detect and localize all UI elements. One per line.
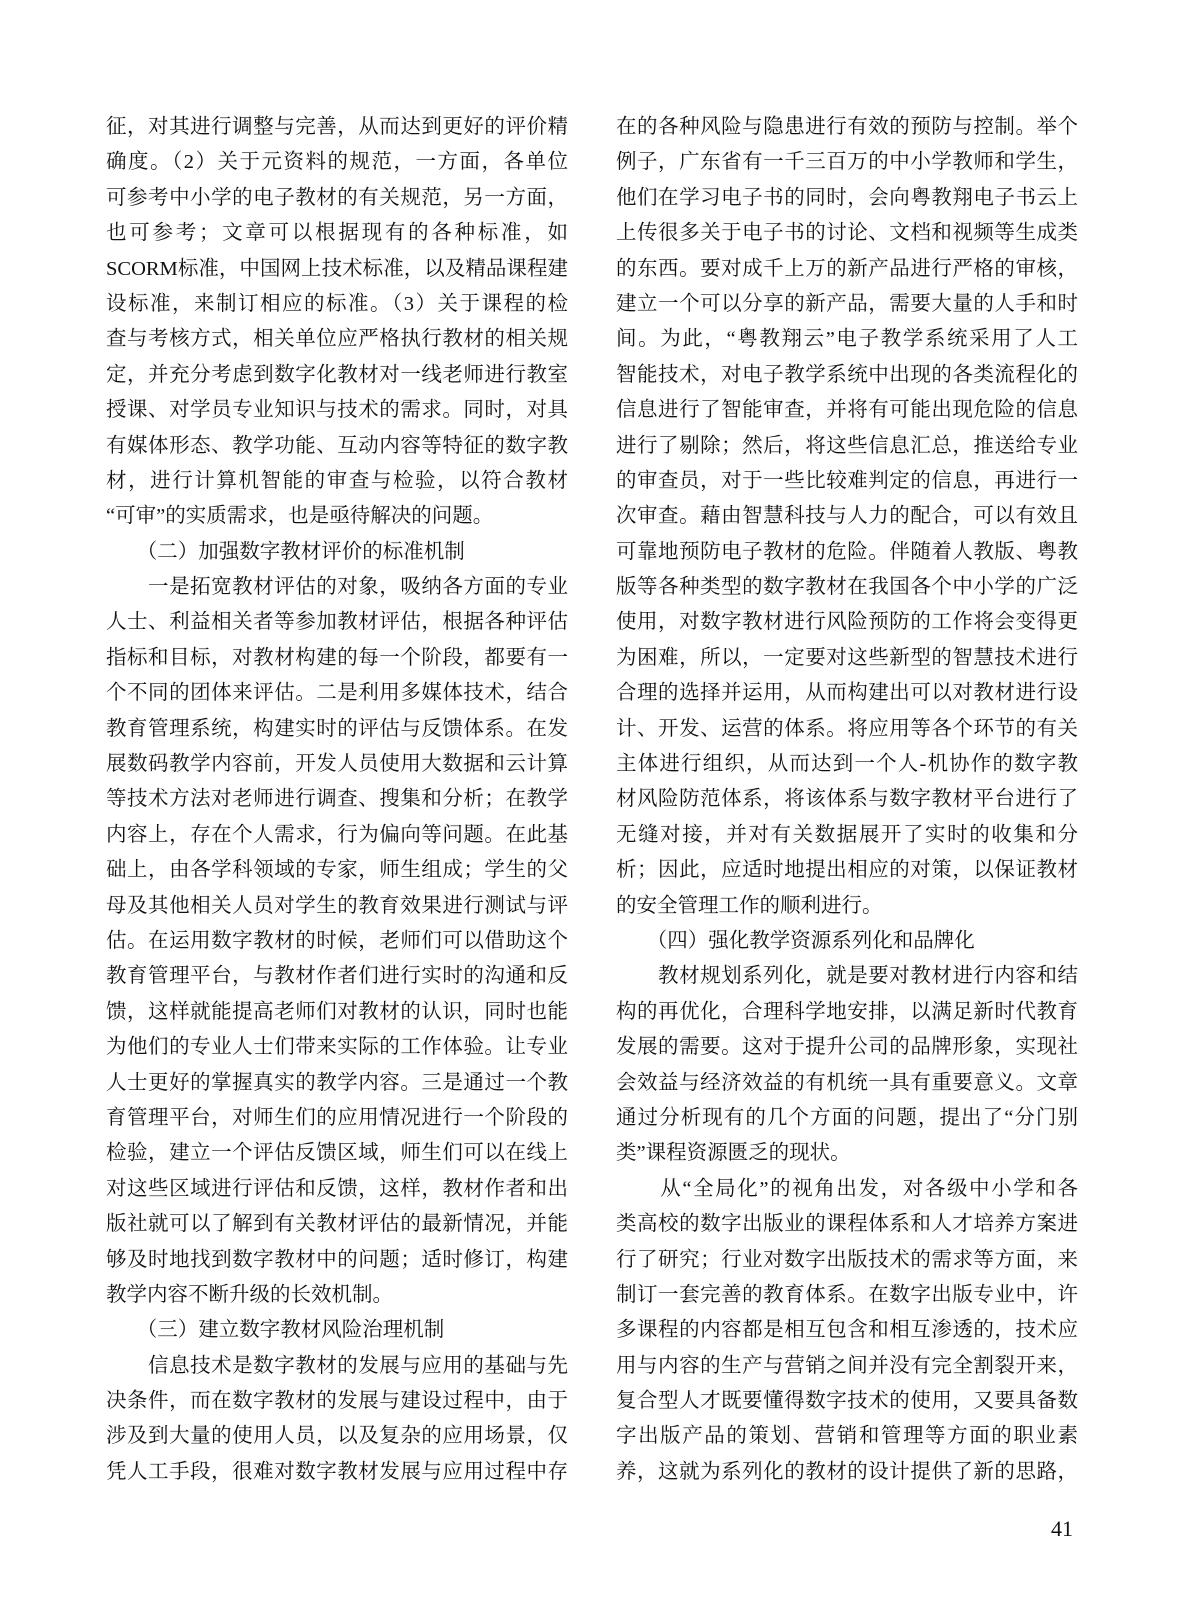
text-line: 用与内容的生产与营销之间并没有完全割裂开来， [616,1349,1078,1384]
text-line: 人士、利益相关者等参加教材评估，根据各种评估 [106,605,568,640]
text-line: 类”课程资源匮乏的现状。 [616,1136,1078,1171]
text-line: 的安全管理工作的顺利进行。 [616,889,1078,924]
text-line: 决条件，而在数字教材的发展与建设过程中，由于 [106,1384,568,1419]
text-line: 检验，建立一个评估反馈区域，师生们可以在线上 [106,1136,568,1171]
text-line: 在的各种风险与隐患进行有效的预防与控制。举个 [616,110,1078,145]
text-line: 他们在学习电子书的同时，会向粤教翔电子书云上 [616,181,1078,216]
text-line: 涉及到大量的使用人员，以及复杂的应用场景，仅 [106,1419,568,1454]
text-line: 进行了剔除；然后，将这些信息汇总，推送给专业 [616,429,1078,464]
text-column-left: 征，对其进行调整与完善，从而达到更好的评价精确度。（2）关于元资料的规范，一方面… [106,110,568,1490]
text-column-right: 在的各种风险与隐患进行有效的预防与控制。举个例子，广东省有一千三百万的中小学教师… [616,110,1078,1490]
text-line: 间。为此，“粤教翔云”电子教学系统采用了人工 [616,322,1078,357]
text-line: 合理的选择并运用，从而构建出可以对教材进行设 [616,676,1078,711]
text-line: 教育管理平台，与教材作者们进行实时的沟通和反 [106,959,568,994]
text-line: 也可参考；文章可以根据现有的各种标准，如 [106,216,568,251]
text-line: 教材规划系列化，就是要对教材进行内容和结 [616,959,1078,994]
text-line: 确度。（2）关于元资料的规范，一方面，各单位 [106,145,568,180]
text-line: 材风险防范体系，将该体系与数字教材平台进行了 [616,782,1078,817]
text-line: 例子，广东省有一千三百万的中小学教师和学生， [616,145,1078,180]
text-line: “可审”的实质需求，也是亟待解决的问题。 [106,499,568,534]
text-line: 个不同的团体来评估。二是利用多媒体技术，结合 [106,676,568,711]
text-line: 教育管理系统，构建实时的评估与反馈体系。在发 [106,712,568,747]
text-line: SCORM标准，中国网上技术标准，以及精品课程建 [106,252,568,287]
text-line: （四）强化教学资源系列化和品牌化 [616,924,1078,959]
text-line: 够及时地找到数字教材中的问题；适时修订，构建 [106,1243,568,1278]
text-line: 复合型人才既要懂得数字技术的使用，又要具备数 [616,1384,1078,1419]
text-line: 构的再优化，合理科学地安排，以满足新时代教育 [616,995,1078,1030]
text-line: 使用，对数字教材进行风险预防的工作将会变得更 [616,605,1078,640]
text-line: 上传很多关于电子书的讨论、文档和视频等生成类 [616,216,1078,251]
text-line: 无缝对接，并对有关数据展开了实时的收集和分 [616,818,1078,853]
text-line: 估。在运用数字教材的时候，老师们可以借助这个 [106,924,568,959]
text-line: 础上，由各学科领域的专家，师生组成；学生的父 [106,853,568,888]
text-line: 信息进行了智能审查，并将有可能出现危险的信息 [616,393,1078,428]
text-line: （三）建立数字教材风险治理机制 [106,1313,568,1348]
text-line: 展数码教学内容前，开发人员使用大数据和云计算 [106,747,568,782]
text-line: 内容上，存在个人需求，行为偏向等问题。在此基 [106,818,568,853]
text-line: 建立一个可以分享的新产品，需要大量的人手和时 [616,287,1078,322]
text-line: 设标准，来制订相应的标准。（3）关于课程的检 [106,287,568,322]
text-line: 人士更好的掌握真实的教学内容。三是通过一个教 [106,1066,568,1101]
text-line: 养，这就为系列化的教材的设计提供了新的思路， [616,1455,1078,1490]
text-line: 征，对其进行调整与完善，从而达到更好的评价精 [106,110,568,145]
text-line: 主体进行组织，从而达到一个人-机协作的数字教 [616,747,1078,782]
text-line: 会效益与经济效益的有机统一具有重要意义。文章 [616,1066,1078,1101]
text-line: 制订一套完善的教育体系。在数字出版专业中，许 [616,1278,1078,1313]
text-line: 为困难，所以，一定要对这些新型的智慧技术进行 [616,641,1078,676]
text-line: 等技术方法对老师进行调查、搜集和分析；在教学 [106,782,568,817]
text-line: 馈，这样就能提高老师们对教材的认识，同时也能 [106,995,568,1030]
text-line: 发展的需要。这对于提升公司的品牌形象，实现社 [616,1030,1078,1065]
text-line: 版等各种类型的数字教材在我国各个中小学的广泛 [616,570,1078,605]
text-line: 版社就可以了解到有关教材评估的最新情况，并能 [106,1207,568,1242]
text-line: 母及其他相关人员对学生的教育效果进行测试与评 [106,889,568,924]
text-line: 的东西。要对成千上万的新产品进行严格的审核， [616,252,1078,287]
text-line: 字出版产品的策划、营销和管理等方面的职业素 [616,1419,1078,1454]
text-line: 育管理平台，对师生们的应用情况进行一个阶段的 [106,1101,568,1136]
text-line: 类高校的数字出版业的课程体系和人才培养方案进 [616,1207,1078,1242]
text-line: 为他们的专业人士们带来实际的工作体验。让专业 [106,1030,568,1065]
page-number: 41 [1040,1512,1084,1546]
text-line: 对这些区域进行评估和反馈，这样，教材作者和出 [106,1172,568,1207]
text-line: 材，进行计算机智能的审查与检验，以符合教材 [106,464,568,499]
text-line: 的审查员，对于一些比较难判定的信息，再进行一 [616,464,1078,499]
text-line: 析；因此，应适时地提出相应的对策，以保证教材 [616,853,1078,888]
text-line: （二）加强数字教材评价的标准机制 [106,535,568,570]
text-line: 信息技术是数字教材的发展与应用的基础与先 [106,1349,568,1384]
text-line: 一是拓宽教材评估的对象，吸纳各方面的专业 [106,570,568,605]
text-line: 有媒体形态、教学功能、互动内容等特征的数字教 [106,429,568,464]
text-line: 行了研究；行业对数字出版技术的需求等方面，来 [616,1243,1078,1278]
text-line: 次审查。藉由智慧科技与人力的配合，可以有效且 [616,499,1078,534]
document-page: 征，对其进行调整与完善，从而达到更好的评价精确度。（2）关于元资料的规范，一方面… [0,0,1191,1616]
two-column-text-area: 征，对其进行调整与完善，从而达到更好的评价精确度。（2）关于元资料的规范，一方面… [106,110,1078,1490]
text-line: 从“全局化”的视角出发，对各级中小学和各 [616,1172,1078,1207]
text-line: 计、开发、运营的体系。将应用等各个环节的有关 [616,712,1078,747]
text-line: 定，并充分考虑到数字化教材对一线老师进行教室 [106,358,568,393]
text-line: 查与考核方式，相关单位应严格执行教材的相关规 [106,322,568,357]
text-line: 智能技术，对电子教学系统中出现的各类流程化的 [616,358,1078,393]
text-line: 可靠地预防电子教材的危险。伴随着人教版、粤教 [616,535,1078,570]
text-line: 可参考中小学的电子教材的有关规范，另一方面， [106,181,568,216]
text-line: 教学内容不断升级的长效机制。 [106,1278,568,1313]
text-line: 指标和目标，对教材构建的每一个阶段，都要有一 [106,641,568,676]
text-line: 凭人工手段，很难对数字教材发展与应用过程中存 [106,1455,568,1490]
text-line: 通过分析现有的几个方面的问题，提出了“分门别 [616,1101,1078,1136]
text-line: 授课、对学员专业知识与技术的需求。同时，对具 [106,393,568,428]
text-line: 多课程的内容都是相互包含和相互渗透的，技术应 [616,1313,1078,1348]
